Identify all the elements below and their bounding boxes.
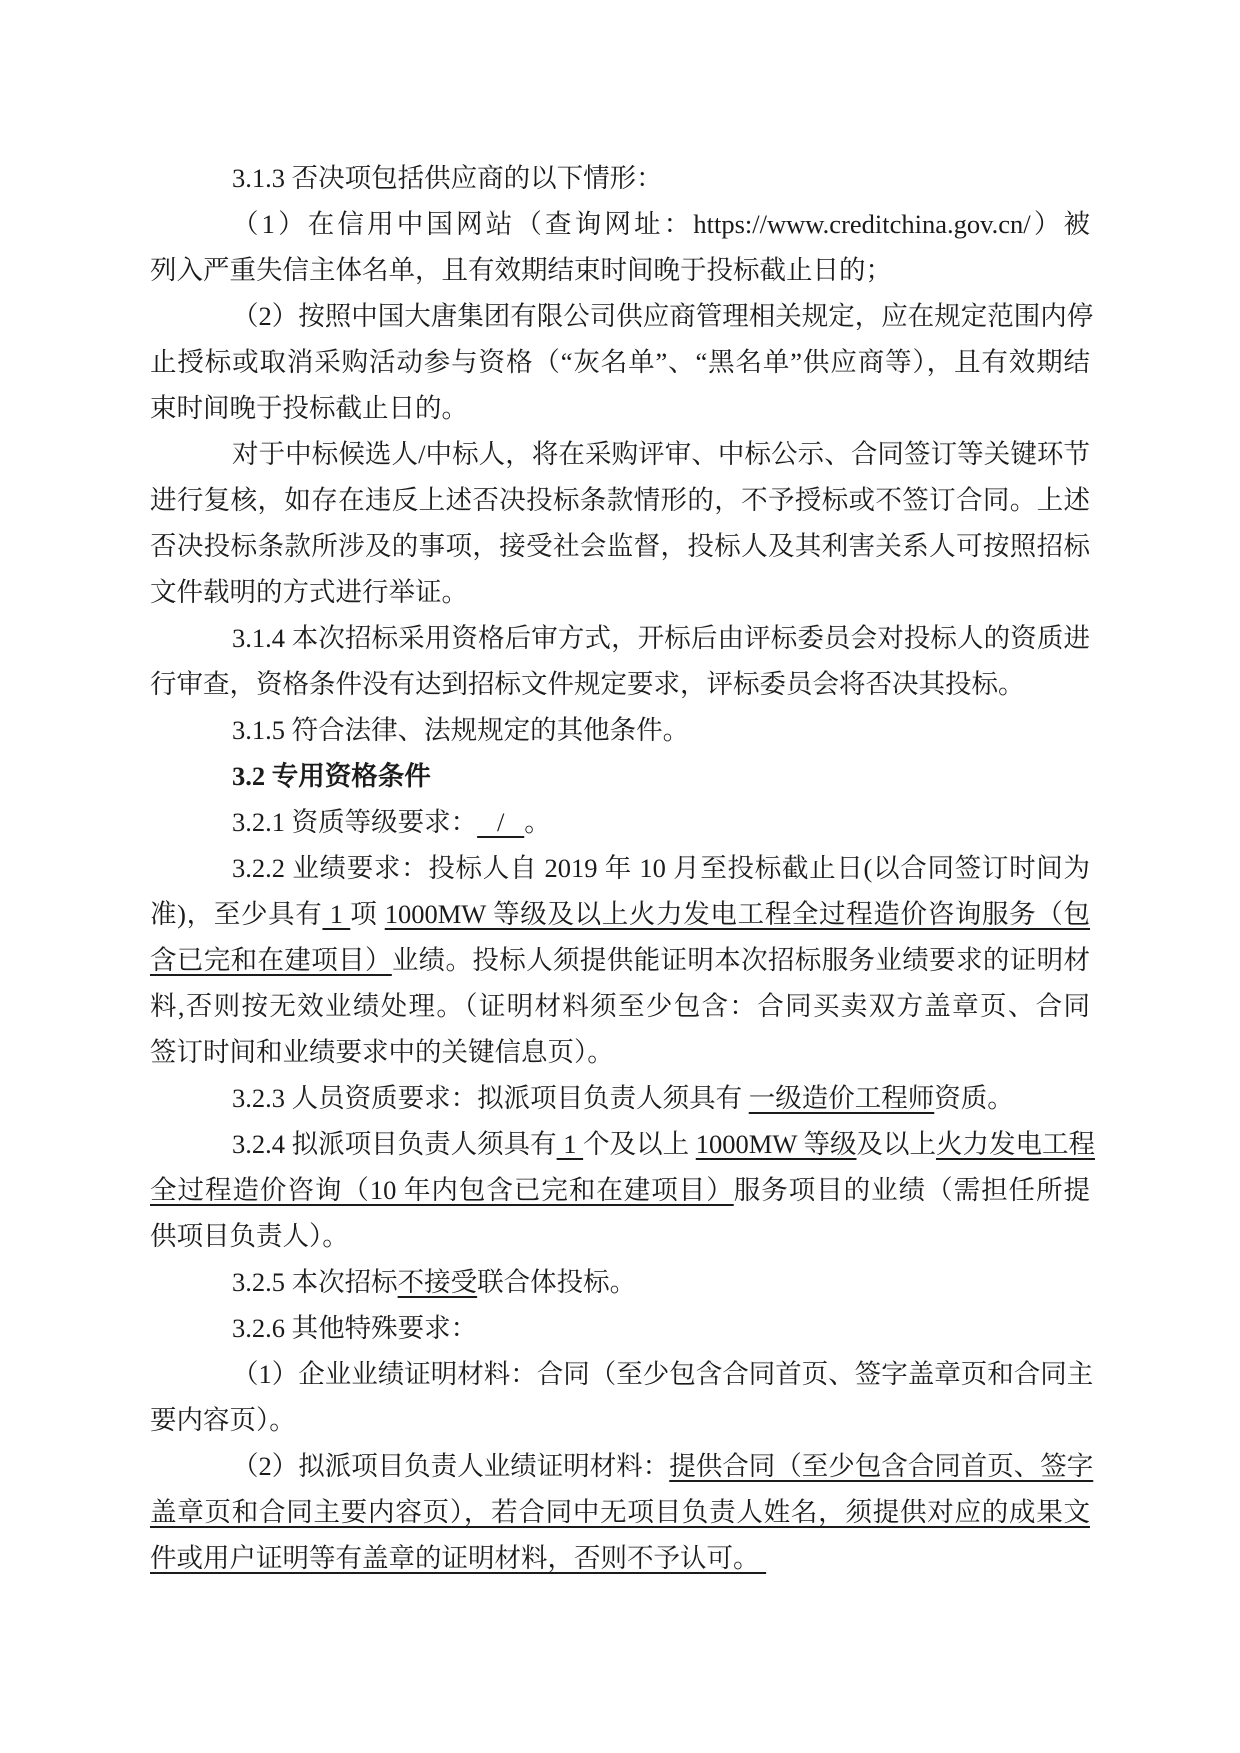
text-run: 3.2.2 业绩要求：投标人自 2019 年 10 月至投标截止日(以合同签订时… bbox=[232, 853, 1090, 883]
text-line: 止授标或取消采购活动参与资格（“灰名单”、“黑名单”供应商等），且有效期结 bbox=[150, 339, 1090, 385]
underlined-text-run: / bbox=[477, 807, 524, 837]
text-run: 供项目负责人）。 bbox=[150, 1221, 349, 1251]
text-line: （2）按照中国大唐集团有限公司供应商管理相关规定，应在规定范围内停 bbox=[150, 293, 1090, 339]
text-run: 3.2.6 其他特殊要求： bbox=[232, 1313, 477, 1343]
underlined-text-run: 1000MW 等级 bbox=[696, 1129, 857, 1159]
text-run: 及以上 bbox=[856, 1129, 936, 1159]
text-line: 3.2 专用资格条件 bbox=[150, 753, 1090, 799]
text-line: 含已完和在建项目）业绩。投标人须提供能证明本次招标服务业绩要求的证明材 bbox=[150, 937, 1090, 983]
text-line: （1）企业业绩证明材料：合同（至少包含合同首页、签字盖章页和合同主 bbox=[150, 1351, 1090, 1397]
text-line: 要内容页）。 bbox=[150, 1397, 1090, 1443]
text-line: 3.2.4 拟派项目负责人须具有 1 个及以上 1000MW 等级及以上火力发电… bbox=[150, 1121, 1090, 1167]
text-line: 束时间晚于投标截止日的。 bbox=[150, 385, 1090, 431]
text-line: 3.2.5 本次招标不接受联合体投标。 bbox=[150, 1259, 1090, 1305]
text-run: 3.2.4 拟派项目负责人须具有 bbox=[232, 1129, 557, 1159]
text-run: （1）企业业绩证明材料：合同（至少包含合同首页、签字盖章页和合同主 bbox=[232, 1359, 1093, 1389]
text-run: 料,否则按无效业绩处理。（证明材料须至少包含：合同买卖双方盖章页、合同 bbox=[150, 991, 1090, 1021]
text-run: 文件载明的方式进行举证。 bbox=[150, 577, 468, 607]
text-line: 3.2.2 业绩要求：投标人自 2019 年 10 月至投标截止日(以合同签订时… bbox=[150, 845, 1090, 891]
bold-heading-text: 3.2 专用资格条件 bbox=[232, 761, 431, 791]
text-run: 列入严重失信主体名单，且有效期结束时间晚于投标截止日的； bbox=[150, 255, 892, 285]
text-run: 3.2.3 人员资质要求：拟派项目负责人须具有 bbox=[232, 1083, 749, 1113]
underlined-text-run: 盖章页和合同主要内容页），若合同中无项目负责人姓名，须提供对应的成果文 bbox=[150, 1497, 1090, 1527]
text-run: 止授标或取消采购活动参与资格（“灰名单”、“黑名单”供应商等），且有效期结 bbox=[150, 347, 1090, 377]
text-run: 资质。 bbox=[934, 1083, 1014, 1113]
text-run: 对于中标候选人/中标人，将在采购评审、中标公示、合同签订等关键环节 bbox=[232, 439, 1090, 469]
underlined-text-run: 提供合同（至少包含合同首页、签字 bbox=[669, 1451, 1093, 1481]
text-line: （2）拟派项目负责人业绩证明材料：提供合同（至少包含合同首页、签字 bbox=[150, 1443, 1090, 1489]
text-line: （1）在信用中国网站（查询网址：https://www.creditchina.… bbox=[150, 201, 1090, 247]
underlined-text-run: 件或用户证明等有盖章的证明材料，否则不予认可。 bbox=[150, 1543, 766, 1573]
text-run: 服务项目的业绩（需担任所提 bbox=[734, 1175, 1090, 1205]
text-run: 否决投标条款所涉及的事项，接受社会监督，投标人及其利害关系人可按照招标 bbox=[150, 531, 1090, 561]
text-line: 列入严重失信主体名单，且有效期结束时间晚于投标截止日的； bbox=[150, 247, 1090, 293]
text-line: 3.1.5 符合法律、法规规定的其他条件。 bbox=[150, 707, 1090, 753]
text-run: 3.1.5 符合法律、法规规定的其他条件。 bbox=[232, 715, 689, 745]
text-run: 签订时间和业绩要求中的关键信息页）。 bbox=[150, 1037, 614, 1067]
text-run: 进行复核，如存在违反上述否决投标条款情形的，不予授标或不签订合同。上述 bbox=[150, 485, 1090, 515]
text-run: 。 bbox=[524, 807, 551, 837]
text-run: （2）按照中国大唐集团有限公司供应商管理相关规定，应在规定范围内停 bbox=[232, 301, 1093, 331]
text-line: 签订时间和业绩要求中的关键信息页）。 bbox=[150, 1029, 1090, 1075]
text-line: 对于中标候选人/中标人，将在采购评审、中标公示、合同签订等关键环节 bbox=[150, 431, 1090, 477]
underlined-text-run: 不接受 bbox=[398, 1267, 478, 1297]
text-run: 束时间晚于投标截止日的。 bbox=[150, 393, 468, 423]
text-run: （2）拟派项目负责人业绩证明材料： bbox=[232, 1451, 669, 1481]
text-line: 文件载明的方式进行举证。 bbox=[150, 569, 1090, 615]
underlined-text-run: 全过程造价咨询（10 年内包含已完和在建项目） bbox=[150, 1175, 734, 1205]
underlined-text-run: 含已完和在建项目） bbox=[150, 945, 392, 975]
text-line: 供项目负责人）。 bbox=[150, 1213, 1090, 1259]
text-line: 3.2.1 资质等级要求： / 。 bbox=[150, 799, 1090, 845]
text-line: 准)，至少具有 1 项 1000MW 等级及以上火力发电工程全过程造价咨询服务（… bbox=[150, 891, 1090, 937]
text-run: 3.2.5 本次招标 bbox=[232, 1267, 398, 1297]
text-line: 3.1.3 否决项包括供应商的以下情形： bbox=[150, 155, 1090, 201]
document-page: 3.1.3 否决项包括供应商的以下情形：（1）在信用中国网站（查询网址：http… bbox=[0, 0, 1240, 1753]
text-run: 业绩。投标人须提供能证明本次招标服务业绩要求的证明材 bbox=[392, 945, 1090, 975]
text-line: 盖章页和合同主要内容页），若合同中无项目负责人姓名，须提供对应的成果文 bbox=[150, 1489, 1090, 1535]
underlined-text-run: 一级造价工程师 bbox=[749, 1083, 935, 1113]
text-line: 件或用户证明等有盖章的证明材料，否则不予认可。 bbox=[150, 1535, 1090, 1581]
underlined-text-run: 1000MW 等级及以上火力发电工程全过程造价咨询服务（包 bbox=[385, 899, 1090, 929]
text-run: 要内容页）。 bbox=[150, 1405, 296, 1435]
text-run: 个及以上 bbox=[583, 1129, 696, 1159]
document-text: 3.1.3 否决项包括供应商的以下情形：（1）在信用中国网站（查询网址：http… bbox=[150, 155, 1090, 1581]
text-run: 项 bbox=[350, 899, 384, 929]
text-line: 全过程造价咨询（10 年内包含已完和在建项目）服务项目的业绩（需担任所提 bbox=[150, 1167, 1090, 1213]
text-run: （1）在信用中国网站（查询网址：https://www.creditchina.… bbox=[232, 209, 1090, 239]
text-run: 3.1.3 否决项包括供应商的以下情形： bbox=[232, 163, 663, 193]
underlined-text-run: 火力发电工程 bbox=[936, 1129, 1095, 1159]
text-run: 3.2.1 资质等级要求： bbox=[232, 807, 477, 837]
text-line: 否决投标条款所涉及的事项，接受社会监督，投标人及其利害关系人可按照招标 bbox=[150, 523, 1090, 569]
text-line: 3.2.3 人员资质要求：拟派项目负责人须具有 一级造价工程师资质。 bbox=[150, 1075, 1090, 1121]
text-line: 3.2.6 其他特殊要求： bbox=[150, 1305, 1090, 1351]
text-run: 3.1.4 本次招标采用资格后审方式，开标后由评标委员会对投标人的资质进 bbox=[232, 623, 1090, 653]
underlined-text-run: 1 bbox=[322, 899, 350, 929]
text-run: 联合体投标。 bbox=[477, 1267, 636, 1297]
text-line: 行审查，资格条件没有达到招标文件规定要求，评标委员会将否决其投标。 bbox=[150, 661, 1090, 707]
text-run: 准)，至少具有 bbox=[150, 899, 322, 929]
text-line: 3.1.4 本次招标采用资格后审方式，开标后由评标委员会对投标人的资质进 bbox=[150, 615, 1090, 661]
text-line: 料,否则按无效业绩处理。（证明材料须至少包含：合同买卖双方盖章页、合同 bbox=[150, 983, 1090, 1029]
text-run: 行审查，资格条件没有达到招标文件规定要求，评标委员会将否决其投标。 bbox=[150, 669, 1025, 699]
underlined-text-run: 1 bbox=[557, 1129, 584, 1159]
text-line: 进行复核，如存在违反上述否决投标条款情形的，不予授标或不签订合同。上述 bbox=[150, 477, 1090, 523]
